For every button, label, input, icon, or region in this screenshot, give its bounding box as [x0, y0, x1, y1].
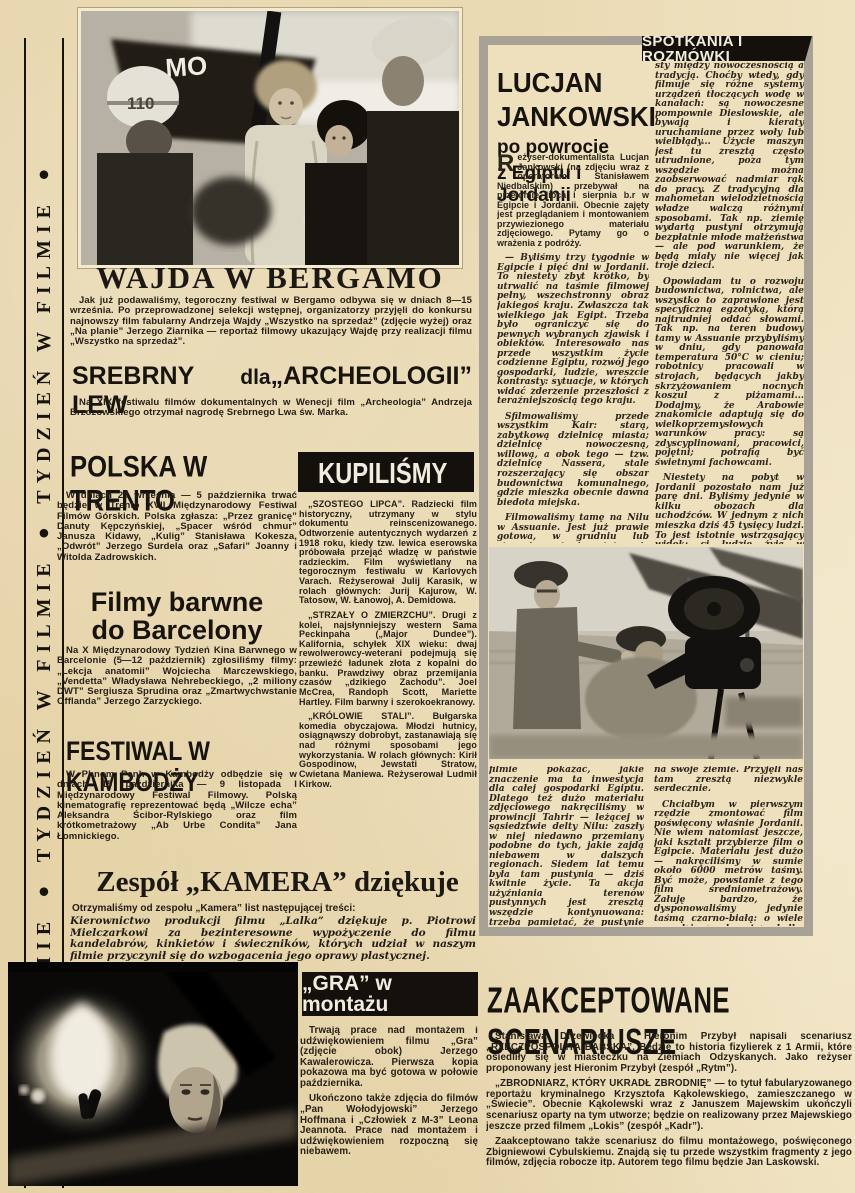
helmet-number-label: 110: [127, 94, 154, 113]
kupilismy-paragraph: „KRÓLOWIE STALI”. Bułgarska komedia obyc…: [299, 712, 477, 789]
article-paragraph: Sfilmowaliśmy przede wszystkim Kair: sta…: [497, 413, 649, 508]
kamera-intro: Otrzymaliśmy od zespołu „Kamera” list na…: [72, 903, 474, 914]
spotkania-tag-label: SPOTKANIA I ROZMÓWKI: [642, 34, 812, 64]
kupilismy-paragraph: „STRZAŁY O ZMIERZCHU”. Drugi z kolei, na…: [299, 611, 477, 707]
article-paragraph: Filmowaliśmy tamę na Nilu w Assuanie. Je…: [497, 514, 649, 543]
srebrny-lew-heading-mid: dla: [240, 366, 270, 390]
gra-paragraph: Ukończono także zdjęcia do filmów „Pan W…: [300, 1094, 478, 1157]
article-column-2: sty między nowoczesnością a tradycją. Ch…: [655, 62, 804, 544]
kupilismy-title: KUPILIŚMY: [318, 460, 447, 489]
barcelona-body: Na X Międzynarodowy Tydzień Kina Barwneg…: [57, 646, 297, 726]
location-camera-photo: [489, 547, 803, 759]
article-paragraph: Niestety na pobyt w Jordanii pozostało n…: [655, 474, 804, 544]
wajda-film-still-art: MO 110: [81, 11, 459, 265]
article-paragraph: Reżyser-dokumentalista Lucjan Jankowski …: [497, 153, 649, 248]
kupilismy-title-box: KUPILIŚMY: [298, 452, 474, 492]
article-paragraph: Chciałbym w pierwszym rzędzie zmontować …: [654, 801, 803, 926]
gra-film-still-art: [8, 962, 298, 1186]
article-bottom-column-1: filmie pokazać, jakie znaczenie ma ta in…: [489, 766, 644, 926]
zaakceptowane-body: Stanisława Drzewiecka i Hieronim Przybył…: [486, 1032, 852, 1182]
trento-paragraph: W dniach 29 września — 5 października tr…: [57, 491, 297, 563]
article-title-line1: LUCJAN: [497, 66, 652, 99]
barcelona-heading: Filmy barwne do Barcelony: [62, 588, 292, 645]
zaakceptowane-paragraph: Stanisława Drzewiecka i Hieronim Przybył…: [486, 1032, 852, 1074]
article-column-1: Reżyser-dokumentalista Lucjan Jankowski …: [497, 153, 649, 543]
barcelona-heading-line2: do Barcelony: [62, 616, 292, 644]
article-bottom-column-2: na swoje ziemie. Przyjęli nas tam zreszt…: [654, 766, 803, 926]
vertical-masthead-text: W FILMIE ● TYDZIEŃ W FILMIE ● TYDZIEŃ W …: [34, 157, 54, 1069]
article-paragraph: Opowiadam tu o rozwoju budownictwa, roln…: [655, 278, 804, 469]
zaakceptowane-paragraph: „ZBRODNIARZ, KTÓRY UKRADŁ ZBRODNIĘ” — to…: [486, 1079, 852, 1132]
trento-body: W dniach 29 września — 5 października tr…: [57, 491, 297, 593]
kupilismy-column: „SZÓSTEGO LIPCA”. Radziecki film history…: [299, 500, 477, 858]
wajda-film-still-photo: MO 110: [78, 8, 462, 268]
article-paragraph: filmie pokazać, jakie znaczenie ma ta in…: [489, 766, 644, 926]
wajda-body: Jak już podawaliśmy, tegoroczny festiwal…: [70, 296, 472, 358]
srebrny-lew-paragraph: Na XIX festiwalu filmów dokumentalnych w…: [70, 398, 472, 419]
article-title-line2: JANKOWSKI: [497, 100, 652, 133]
gra-title: „GRA” w montażu: [302, 973, 478, 1015]
location-camera-art: [489, 547, 803, 759]
article-paragraph: sty między nowoczesnością a tradycją. Ch…: [655, 62, 804, 272]
wajda-paragraph: Jak już podawaliśmy, tegoroczny festiwal…: [70, 296, 472, 347]
zaakceptowane-paragraph: Zaakceptowano także scenariusz do filmu …: [486, 1137, 852, 1169]
kambodza-body: W Phnom Penh w Kambodży odbędzie się w d…: [57, 770, 297, 866]
kupilismy-paragraph: „SZÓSTEGO LIPCA”. Radziecki film history…: [299, 500, 477, 606]
article-paragraph: na swoje ziemie. Przyjęli nas tam zreszt…: [654, 766, 803, 795]
barcelona-paragraph: Na X Międzynarodowy Tydzień Kina Barwneg…: [57, 646, 297, 708]
barcelona-heading-line1: Filmy barwne: [62, 588, 292, 616]
gra-body: Trwają prace nad montażem i udźwiękowien…: [300, 1026, 478, 1186]
wajda-headline: WAJDA W BERGAMO: [80, 260, 460, 296]
srebrny-lew-body: Na XIX festiwalu filmów dokumentalnych w…: [70, 398, 472, 442]
kambodza-paragraph: W Phnom Penh w Kambodży odbędzie się w d…: [57, 770, 297, 842]
article-paragraph: — Byliśmy trzy tygodnie w Egipcie i pięć…: [497, 254, 649, 407]
gra-paragraph: Trwają prace nad montażem i udźwiękowien…: [300, 1026, 478, 1089]
kamera-heading: Zespół „KAMERA” dziękuje: [80, 866, 475, 899]
srebrny-lew-heading-right: „ARCHEOLOGII”: [271, 362, 472, 391]
spotkania-tag-bar: SPOTKANIA I ROZMÓWKI: [642, 36, 812, 61]
magazine-page: W FILMIE ● TYDZIEŃ W FILMIE ● TYDZIEŃ W …: [0, 0, 855, 1193]
gra-film-still-photo: [8, 962, 298, 1186]
gra-title-box: „GRA” w montażu: [302, 972, 478, 1016]
kamera-letter: Kierownictwo produkcji filmu „Lalka” dzi…: [70, 916, 476, 964]
